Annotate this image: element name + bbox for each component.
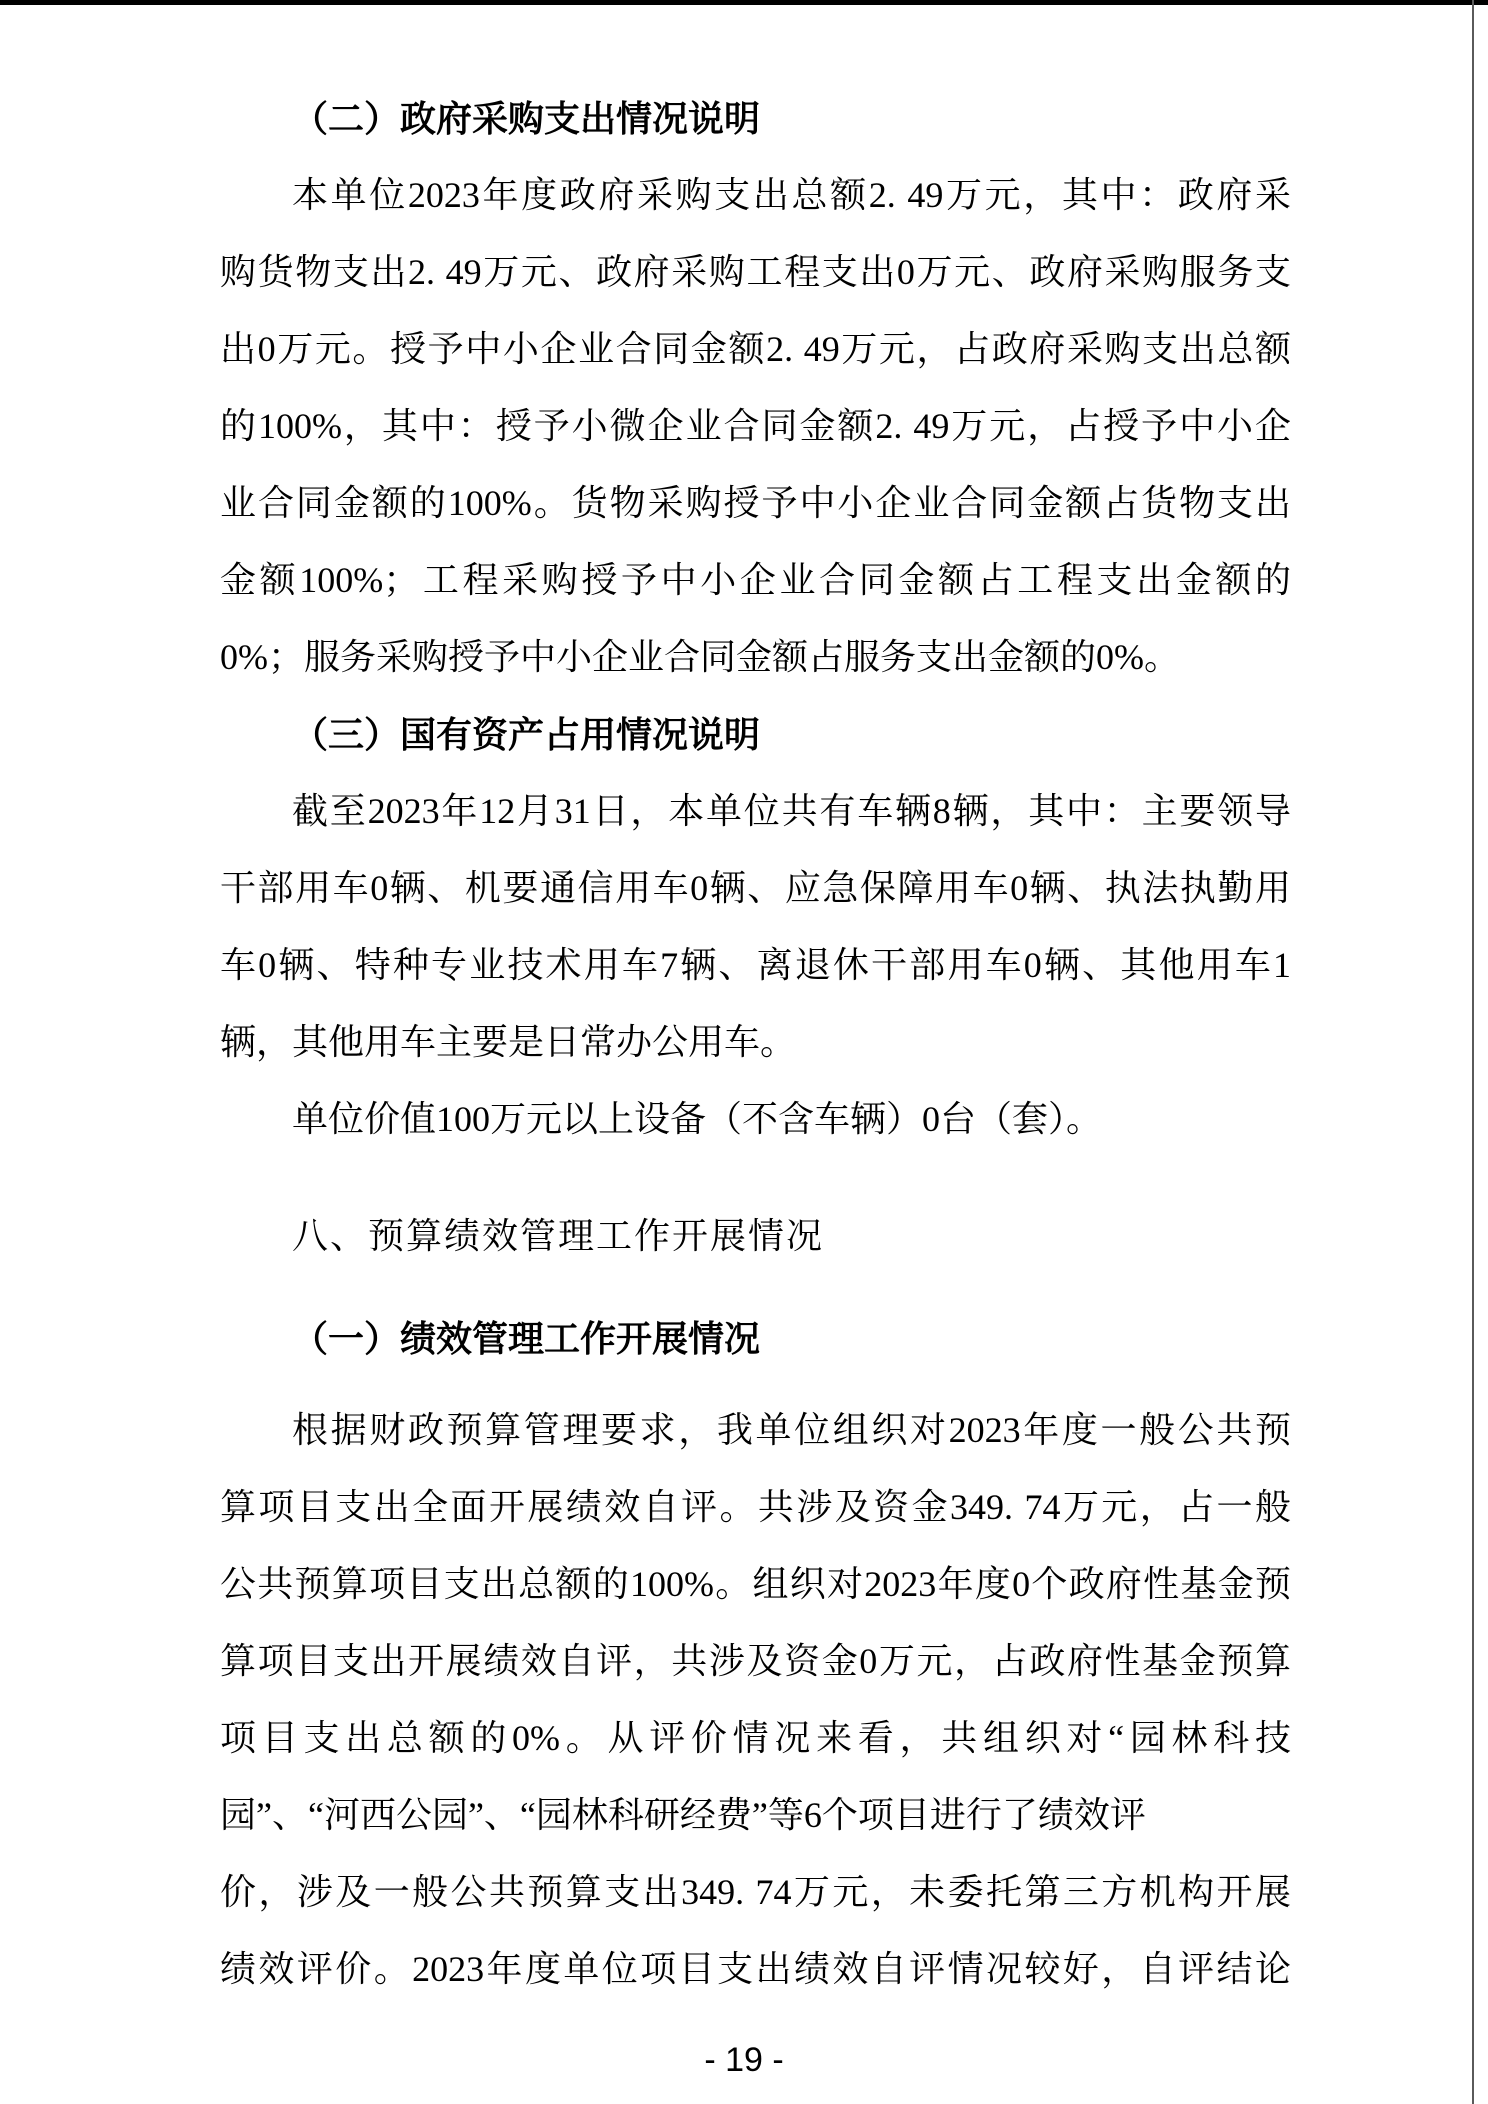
paragraph-performance-selfreview: 根据财政预算管理要求，我单位组织对2023年度一般公共预算项目支出全面开展绩效自…	[220, 1392, 1291, 2008]
text-line: 单位价值100万元以上设备（不含车辆）0台（套）。	[220, 1081, 1291, 1158]
document-page: （二）政府采购支出情况说明本单位2023年度政府采购支出总额2. 49万元，其中…	[0, 0, 1488, 2104]
text-line: 金额100%；工程采购授予中小企业合同金额占工程支出金额的	[220, 542, 1291, 619]
document-body: （二）政府采购支出情况说明本单位2023年度政府采购支出总额2. 49万元，其中…	[220, 80, 1291, 2008]
page-top-edge-bar	[0, 0, 1488, 5]
text-line: 公共预算项目支出总额的100%。组织对2023年度0个政府性基金预	[220, 1546, 1291, 1623]
section-heading-state-assets: （三）国有资产占用情况说明	[220, 696, 1291, 773]
text-line: 业合同金额的100%。货物采购授予中小企业合同金额占货物支出	[220, 465, 1291, 542]
chapter-heading-performance: 八、预算绩效管理工作开展情况	[220, 1198, 1291, 1275]
text-line: 项目支出总额的0%。从评价情况来看，共组织对“园林科技	[220, 1700, 1291, 1777]
text-line: 购货物支出2. 49万元、政府采购工程支出0万元、政府采购服务支	[220, 234, 1291, 311]
text-line: 车0辆、特种专业技术用车7辆、离退休干部用车0辆、其他用车1	[220, 927, 1291, 1004]
text-line: 0%；服务采购授予中小企业合同金额占服务支出金额的0%。	[220, 619, 1291, 696]
text-line: 算项目支出开展绩效自评，共涉及资金0万元，占政府性基金预算	[220, 1623, 1291, 1700]
paragraph-vehicles: 截至2023年12月31日，本单位共有车辆8辆，其中：主要领导干部用车0辆、机要…	[220, 773, 1291, 1081]
paragraph-gov-procurement: 本单位2023年度政府采购支出总额2. 49万元，其中：政府采购货物支出2. 4…	[220, 157, 1291, 696]
paragraph-equipment: 单位价值100万元以上设备（不含车辆）0台（套）。	[220, 1081, 1291, 1158]
page-number: - 19 -	[0, 2041, 1488, 2080]
text-line: 价，涉及一般公共预算支出349. 74万元，未委托第三方机构开展	[220, 1854, 1291, 1931]
text-line: 的100%，其中：授予小微企业合同金额2. 49万元，占授予中小企	[220, 388, 1291, 465]
text-line: 绩效评价。2023年度单位项目支出绩效自评情况较好，自评结论	[220, 1931, 1291, 2008]
text-line: 算项目支出全面开展绩效自评。共涉及资金349. 74万元，占一般	[220, 1469, 1291, 1546]
text-line: 园”、“河西公园”、“园林科研经费”等6个项目进行了绩效评	[220, 1777, 1291, 1854]
text-line: 干部用车0辆、机要通信用车0辆、应急保障用车0辆、执法执勤用	[220, 850, 1291, 927]
text-line: 截至2023年12月31日，本单位共有车辆8辆，其中：主要领导	[220, 773, 1291, 850]
text-line: 出0万元。授予中小企业合同金额2. 49万元，占政府采购支出总额	[220, 311, 1291, 388]
section-heading-gov-procurement: （二）政府采购支出情况说明	[220, 80, 1291, 157]
text-line: 本单位2023年度政府采购支出总额2. 49万元，其中：政府采	[220, 157, 1291, 234]
scan-edge-line	[1472, 0, 1474, 2104]
text-line: 辆，其他用车主要是日常办公用车。	[220, 1004, 1291, 1081]
section-heading-performance-work: （一）绩效管理工作开展情况	[220, 1300, 1291, 1377]
text-line: 根据财政预算管理要求，我单位组织对2023年度一般公共预	[220, 1392, 1291, 1469]
